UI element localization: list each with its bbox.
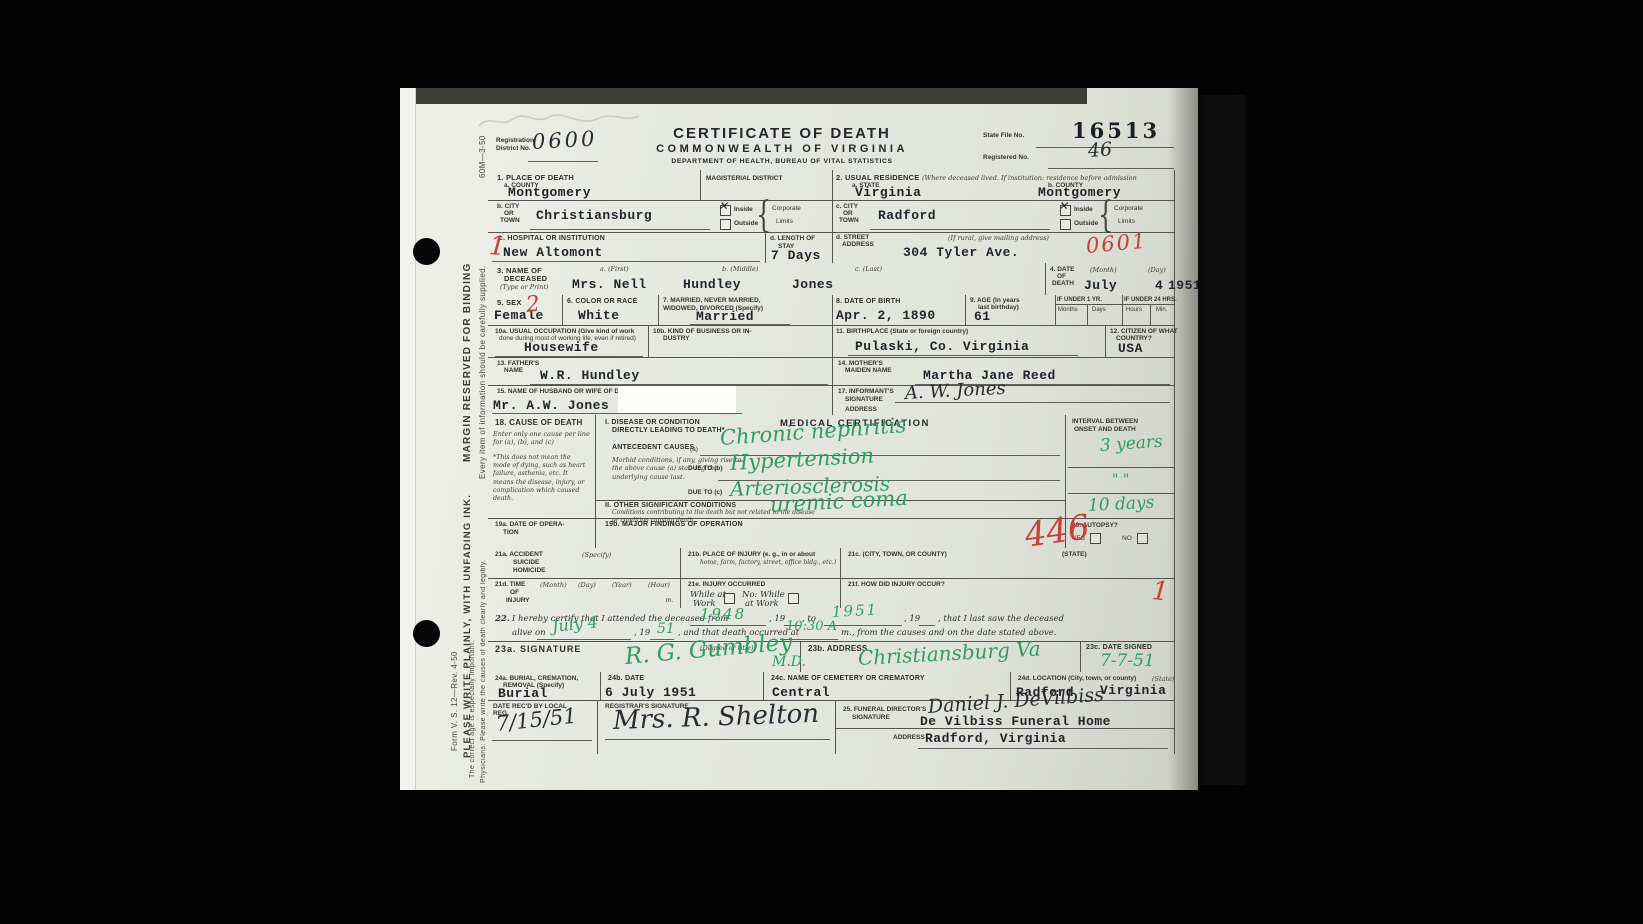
occupation-value: Housewife [524, 340, 599, 355]
injury-year-label: (Year) [612, 581, 632, 589]
street-value: 304 Tyler Ave. [903, 245, 1019, 260]
mother-label2: MAIDEN NAME [845, 367, 892, 374]
physicians-note: Physicians: Please write the causes of d… [480, 483, 487, 783]
certify-19c: , 19 [634, 628, 650, 638]
under-1yr-label: IF UNDER 1 YR. [1057, 297, 1102, 303]
certify-to-value: 1951 [832, 601, 879, 621]
date-of-death-label1: 4. DATE [1050, 266, 1074, 273]
certify-part4: alive on [512, 628, 546, 638]
race-value: White [578, 308, 620, 323]
district-label: District No. [496, 145, 531, 152]
business-label1: 10b. KIND OF BUSINESS OR IN- [653, 328, 752, 335]
min-label: Min. [1156, 307, 1167, 313]
residence-city-value: Radford [878, 208, 936, 223]
middle-name-value: Hundley [683, 277, 741, 292]
cause-note2: *This does not mean the mode of dying, s… [493, 454, 590, 503]
residence-outside-label: Outside [1074, 220, 1098, 227]
margin-binding-note: MARGIN RESERVED FOR BINDING [462, 200, 473, 462]
certify-19a: , 19 [769, 614, 785, 624]
injury-hour-label: (Hour) [648, 581, 670, 589]
residence-town-label: TOWN [839, 217, 859, 224]
certify-19b: , 19 [904, 614, 920, 624]
place-city-label: b. CITY [497, 203, 519, 210]
paper-shadow-edge [1168, 88, 1198, 790]
accident-specify-label: (Specify) [582, 551, 611, 559]
dob-label: 8. DATE OF BIRTH [836, 298, 901, 305]
certificate-title: CERTIFICATE OF DEATH [632, 125, 932, 142]
injury-time-label1: 21d. TIME [495, 581, 525, 588]
injury-m-label: m. [666, 597, 673, 604]
marital-label1: 7. MARRIED, NEVER MARRIED, [663, 297, 761, 304]
death-certificate-document: Form V. S. 12—Rev. 4-50 MARGIN RESERVED … [400, 88, 1198, 790]
cause-note1a: Enter only one cause per line [493, 430, 590, 438]
autopsy-no-checkbox [1137, 533, 1148, 544]
place-outside-label: Outside [734, 220, 758, 227]
spouse-value: Mr. A.W. Jones [493, 398, 609, 413]
usual-residence-paren: (Where deceased lived. If institution: r… [922, 174, 1137, 182]
registered-label: Registered No. [983, 154, 1029, 161]
cause-b-label: DUE TO (b) [688, 465, 723, 472]
date-signed-value: 7-7-51 [1100, 651, 1155, 671]
place-limits-label: Limits [776, 218, 793, 225]
date-of-death-label3: DEATH [1052, 280, 1074, 287]
cause-note1b: for (a), (b), and (c) [493, 438, 554, 446]
residence-limits-label: Limits [1118, 218, 1135, 225]
place-outside-checkbox [720, 219, 731, 230]
hospital-value: New Altomont [503, 245, 603, 260]
cause-b-value: Hypertension [729, 443, 874, 475]
place-or-label: OR [504, 210, 514, 217]
birthplace-label: 11. BIRTHPLACE (State or foreign country… [836, 328, 968, 335]
certify-part1: I hereby certify that I attended the dec… [512, 614, 728, 624]
under-24hrs-label: IF UNDER 24 HRS. [1124, 297, 1177, 303]
injury-city-label: 21c. (CITY, TOWN, OR COUNTY) [848, 551, 947, 558]
accident-label2: SUICIDE [513, 559, 539, 566]
injury-occurred-label: 21e. INJURY OCCURRED [688, 581, 765, 588]
certify-time-value: 10:30 A [786, 619, 837, 634]
department-line: DEPARTMENT OF HEALTH, BUREAU OF VITAL ST… [632, 158, 932, 165]
residence-inside-check-mark: ✕ [1058, 199, 1068, 213]
punch-hole-bottom [413, 620, 440, 647]
registered-number: 46 [1087, 138, 1113, 162]
other-conditions-label: II. OTHER SIGNIFICANT CONDITIONS [605, 502, 736, 509]
last-name-value: Jones [792, 277, 834, 292]
place-of-death-label: 1. PLACE OF DEATH [497, 173, 574, 182]
place-corporate-label: Corporate [772, 205, 801, 212]
state-file-number: 16513 [1072, 118, 1160, 143]
hospital-label: c. HOSPITAL OR INSTITUTION [499, 235, 605, 242]
funeral-address-label: ADDRESS [893, 734, 925, 741]
street-paren: (If rural, give mailing address) [948, 234, 1049, 242]
form-number: Form V. S. 12—Rev. 4-50 [450, 566, 459, 751]
cemetery-label: 24c. NAME OF CEMETERY OR CREMATORY [771, 675, 925, 682]
first-name-label: a. (First) [600, 265, 629, 273]
paper-edge [400, 88, 416, 790]
months-label: Months [1058, 307, 1078, 313]
white-out-patch [618, 386, 736, 413]
accident-label3: HOMICIDE [513, 567, 546, 574]
death-month-value: July [1084, 278, 1117, 293]
father-value: W.R. Hundley [540, 368, 640, 383]
state-file-label: State File No. [983, 132, 1024, 139]
street-address-label: ADDRESS [842, 241, 874, 248]
supplied-note: Every item of information should be care… [478, 184, 487, 479]
injury-state-label: (STATE) [1062, 551, 1087, 558]
signature-label: 23a. SIGNATURE [495, 644, 581, 654]
days-label: Days [1092, 307, 1106, 313]
funeral-home-name: De Vilbiss Funeral Home [920, 714, 1111, 729]
occupation-label1: 10a. USUAL OCCUPATION (Give kind of work [495, 328, 634, 335]
injury-month-label: (Month) [540, 581, 567, 589]
mother-label1: 14. MOTHER'S [838, 360, 883, 367]
not-while-at-work-checkbox [788, 593, 799, 604]
injury-day-label: (Day) [578, 581, 596, 589]
operation-date-label2: TION [503, 529, 519, 536]
district-number-value: 0600 [531, 127, 598, 154]
date-of-death-label2: OF [1057, 273, 1066, 280]
first-name-value: Mrs. Nell [572, 277, 647, 292]
birthplace-value: Pulaski, Co. Virginia [855, 339, 1029, 354]
injury-place-label1: 21b. PLACE OF INJURY (e. g., in or about [688, 551, 815, 558]
place-county-value: Montgomery [508, 185, 591, 200]
residence-city-label: c. CITY [836, 203, 858, 210]
findings-label: 19b. MAJOR FINDINGS OF OPERATION [605, 521, 743, 528]
cause-of-death-label: 18. CAUSE OF DEATH [495, 418, 582, 427]
cause-c-label: DUE TO (c) [688, 489, 722, 496]
informant-signature: A. W. Jones [904, 378, 1006, 404]
interval-ditto: " " [1112, 472, 1129, 488]
age-note: The correct age is especially important. [469, 628, 476, 778]
place-corporate-brace-icon: { [756, 194, 771, 236]
residence-inside-label: Inside [1074, 206, 1093, 213]
operation-date-label1: 19a. DATE OF OPERA- [495, 521, 565, 528]
type-or-print-label: (Type or Print) [500, 283, 549, 291]
age-label1: 9. AGE (In years [970, 297, 1020, 304]
interval-label1: INTERVAL BETWEEN [1072, 418, 1138, 425]
hours-label: Hours [1126, 307, 1142, 313]
injury-place-label2: home, farm, factory, street, office bldg… [700, 559, 836, 566]
autopsy-no-label: NO [1122, 535, 1132, 542]
burial-date-label: 24b. DATE [608, 675, 644, 682]
place-inside-label: Inside [734, 206, 753, 213]
how-injury-red-mark: 1 [1151, 576, 1170, 607]
while-at-work-checkbox [724, 593, 735, 604]
usual-residence-label: 2. USUAL RESIDENCE [836, 173, 919, 182]
findings-red-mark: 446 [1022, 507, 1092, 556]
death-day-label: (Day) [1148, 266, 1166, 274]
burial-label1: 24a. BURIAL, CREMATION, [495, 675, 578, 682]
age-value: 61 [974, 309, 991, 324]
citizen-label1: 12. CITIZEN OF WHAT [1110, 328, 1178, 335]
photo-background: Form V. S. 12—Rev. 4-50 MARGIN RESERVED … [0, 0, 1643, 924]
informant-label1: 17. INFORMANT'S [838, 388, 894, 395]
commonwealth-subtitle: COMMONWEALTH OF VIRGINIA [632, 143, 932, 155]
date-signed-label: 23c. DATE SIGNED [1086, 644, 1152, 651]
funeral-director-signature: Daniel J. DeVilbiss [927, 684, 1104, 718]
burial-state-value: Virginia [1100, 683, 1166, 698]
death-month-label: (Month) [1090, 266, 1117, 274]
interval-other-value: 10 days [1087, 493, 1154, 516]
residence-or-label: OR [843, 210, 853, 217]
stay-value: 7 Days [771, 248, 821, 263]
physician-degree: M.D. [772, 654, 806, 670]
race-label: 6. COLOR OR RACE [567, 298, 637, 305]
place-inside-check-mark: ✕ [718, 199, 728, 213]
street-red-mark: 0601 [1085, 229, 1148, 258]
residence-state-value: Virginia [855, 185, 921, 200]
cause-a-value: Chronic nephritis [719, 413, 907, 450]
cemetery-value: Central [772, 685, 830, 700]
stay-label: d. LENGTH OF [770, 235, 815, 242]
interval-label2: ONSET AND DEATH [1074, 426, 1136, 433]
last-name-label: c. (Last) [855, 265, 882, 273]
sex-red-mark: 2 [525, 292, 542, 318]
how-injury-label: 21f. HOW DID INJURY OCCUR? [848, 581, 945, 588]
certify-from-value: 1948 [700, 605, 746, 623]
informant-address-label: ADDRESS [845, 406, 877, 413]
father-label2: NAME [504, 367, 523, 374]
marital-value: Married [696, 309, 754, 324]
funeral-director-label1: 25. FUNERAL DIRECTOR'S [843, 706, 926, 713]
street-label: d. STREET [836, 234, 869, 241]
antecedent-label: ANTECEDENT CAUSES [612, 444, 694, 451]
informant-label2: SIGNATURE [845, 396, 883, 403]
burial-state-paren: (State) [1152, 675, 1174, 683]
name-of-deceased-label2: DECEASED [504, 274, 547, 283]
death-year-value: 1951 [1168, 278, 1198, 293]
registration-label: Registration [496, 137, 534, 144]
certify-part3: , that I last saw the deceased [938, 614, 1064, 624]
disease-label1: I. DISEASE OR CONDITION [605, 419, 700, 426]
disease-label2: DIRECTLY LEADING TO DEATH* [612, 427, 725, 434]
sex-label: 5. SEX [497, 298, 522, 307]
punch-hole-top [413, 238, 440, 265]
interval-a-value: 3 years [1099, 432, 1163, 456]
certify-alive-value: July 4 [551, 612, 599, 636]
residence-outside-checkbox [1060, 219, 1071, 230]
burial-value: Burial [498, 686, 548, 701]
injury-time-label3: INJURY [506, 597, 530, 604]
magisterial-district-label: MAGISTERIAL DISTRICT [706, 175, 782, 182]
burial-location-label: 24d. LOCATION (City, town, or county) [1018, 675, 1136, 682]
certify-alive-year: 51 [657, 621, 675, 637]
business-label2: DUSTRY [663, 335, 689, 342]
residence-corporate-label: Corporate [1114, 205, 1143, 212]
burial-date-value: 6 July 1951 [605, 685, 696, 700]
place-town-label: TOWN [500, 217, 520, 224]
citizen-value: USA [1118, 341, 1143, 356]
middle-name-label: b. (Middle) [722, 265, 758, 273]
funeral-director-label2: SIGNATURE [852, 714, 890, 721]
dob-value: Apr. 2, 1890 [836, 308, 936, 323]
residence-corporate-brace-icon: { [1098, 194, 1113, 236]
injury-time-label2: OF [510, 589, 519, 596]
father-label1: 13. FATHER'S [497, 360, 539, 367]
registrar-signature: Mrs. R. Shelton [612, 699, 819, 736]
funeral-address-value: Radford, Virginia [925, 731, 1066, 746]
place-city-value: Christiansburg [536, 208, 652, 223]
certify-number: 22. [495, 614, 510, 624]
death-day-value: 4 [1155, 278, 1163, 293]
accident-label1: 21a. ACCIDENT [495, 551, 543, 558]
at-work-label: at Work [745, 599, 779, 609]
